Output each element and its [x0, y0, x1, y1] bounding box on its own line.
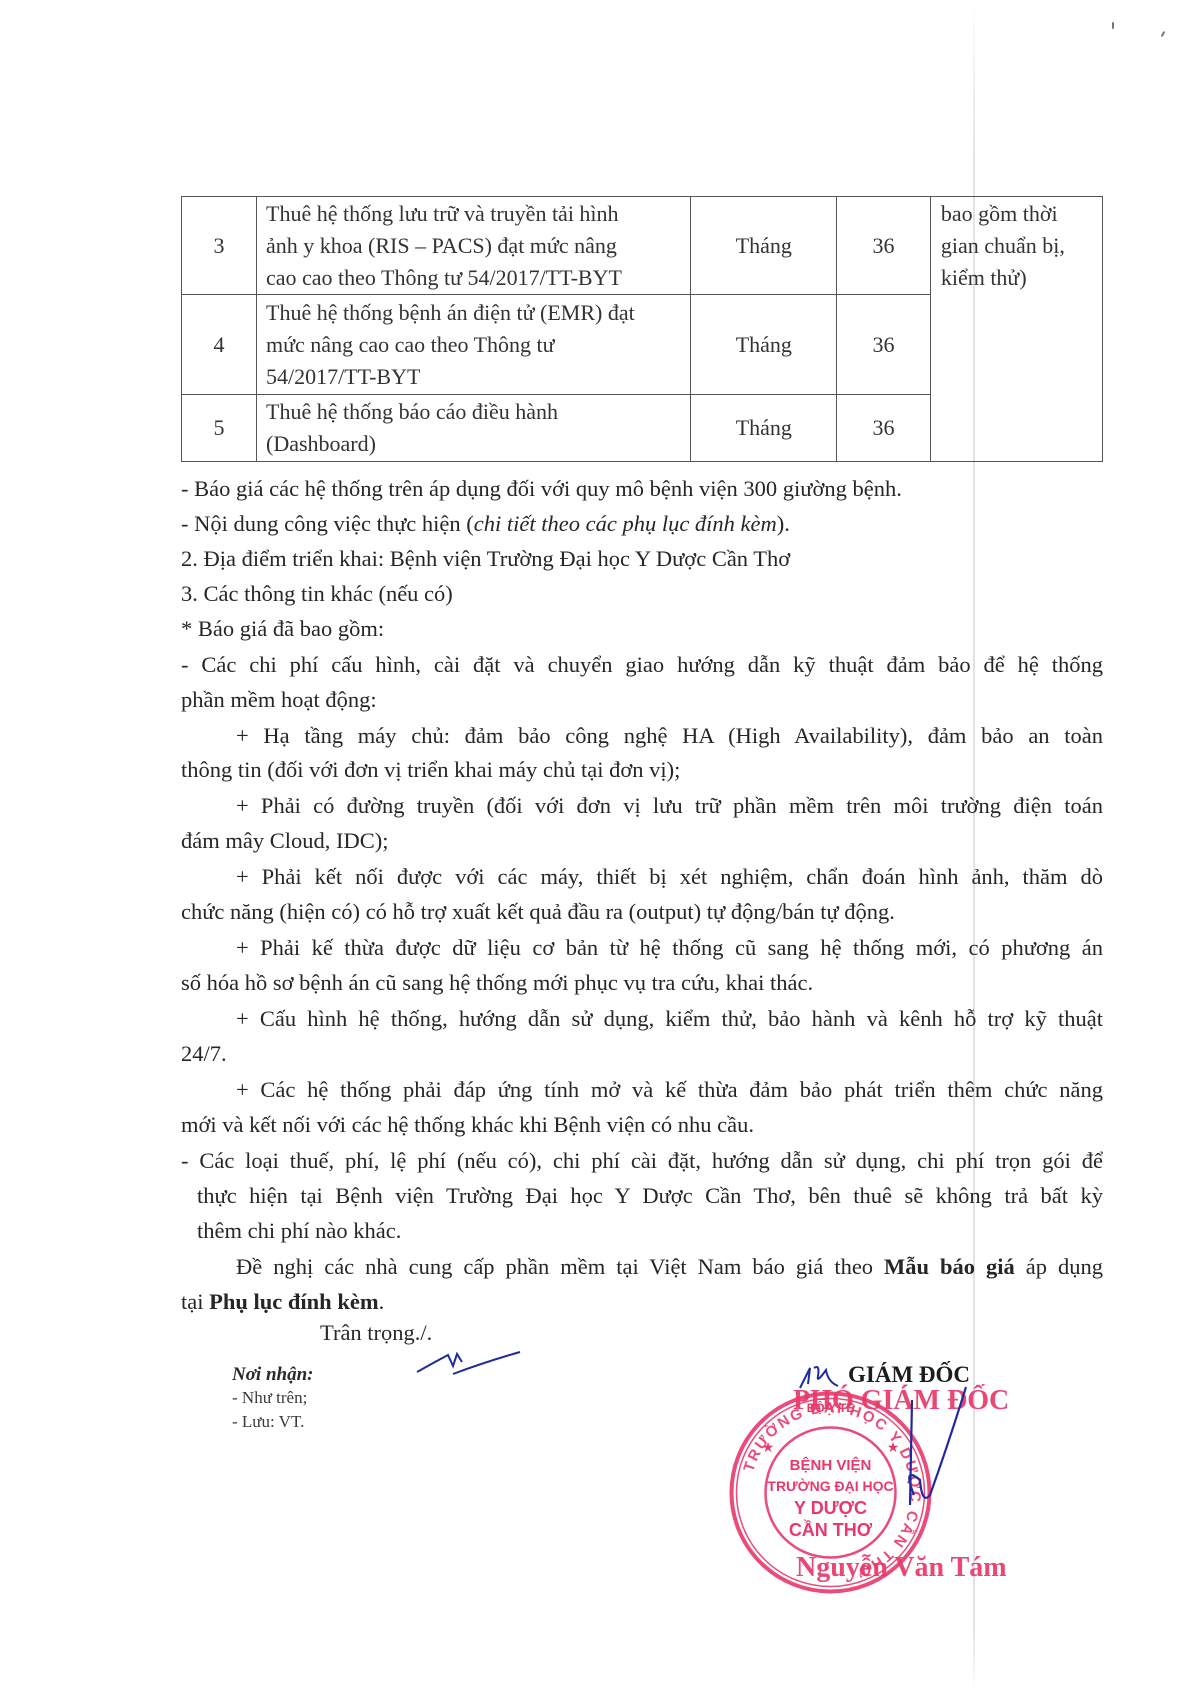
open-item: + Các hệ thống phải đáp ứng tính mở và k…: [236, 1077, 1103, 1103]
recipients-block: Nơi nhận: - Như trên; - Lưu: VT.: [232, 1364, 313, 1434]
config-item-cont: 24/7.: [181, 1041, 227, 1067]
quote-table: 3 Thuê hệ thống lưu trữ và truyền tải hì…: [181, 196, 1103, 462]
director-signature: [900, 1385, 970, 1515]
recipient-item: - Như trên;: [232, 1386, 313, 1410]
inherit-item-cont: số hóa hồ sơ bệnh án cũ sang hệ thống mớ…: [181, 970, 813, 996]
svg-text:Y DƯỢC: Y DƯỢC: [794, 1498, 867, 1518]
connect-item: + Phải kết nối được với các máy, thiết b…: [236, 864, 1103, 890]
fees-paragraph-cont: thực hiện tại Bệnh viện Trường Đại học Y…: [197, 1183, 1103, 1209]
row-unit: Tháng: [691, 395, 837, 462]
content-note: - Nội dung công việc thực hiện (chi tiết…: [181, 511, 790, 537]
row-number: 5: [182, 395, 257, 462]
stamp-star-icon: ★: [762, 1441, 775, 1456]
costs-paragraph-cont: phần mềm hoạt động:: [181, 687, 377, 713]
row-quantity: 36: [837, 295, 931, 395]
row-description: Thuê hệ thống lưu trữ và truyền tải hình…: [257, 197, 691, 295]
row-description: Thuê hệ thống báo cáo điều hành (Dashboa…: [257, 395, 691, 462]
row-description: Thuê hệ thống bệnh án điện tử (EMR) đạt …: [257, 295, 691, 395]
initial-signature: [415, 1340, 525, 1380]
table-row: 3 Thuê hệ thống lưu trữ và truyền tải hì…: [182, 197, 1103, 295]
infra-item: + Hạ tầng máy chủ: đảm bảo công nghệ HA …: [236, 723, 1103, 749]
stamp-star-icon: ★: [887, 1441, 900, 1456]
open-item-cont: mới và kết nối với các hệ thống khác khi…: [181, 1112, 754, 1138]
scale-note: - Báo giá các hệ thống trên áp dụng đối …: [181, 476, 902, 502]
fees-paragraph-end: thêm chi phí nào khác.: [197, 1218, 401, 1244]
line-item-cont: đám mây Cloud, IDC);: [181, 828, 388, 854]
included-heading: * Báo giá đã bao gồm:: [181, 616, 384, 642]
recipient-item: - Lưu: VT.: [232, 1410, 313, 1434]
svg-text:TRƯỜNG ĐẠI HỌC: TRƯỜNG ĐẠI HỌC: [767, 1477, 893, 1494]
line-item: + Phải có đường truyền (đối với đơn vị l…: [236, 793, 1103, 819]
row-note: bao gồm thời gian chuẩn bị, kiểm thử): [930, 197, 1102, 462]
infra-item-cont: thông tin (đối với đơn vị triển khai máy…: [181, 757, 680, 783]
row-unit: Tháng: [691, 197, 837, 295]
scan-speck: [1112, 22, 1114, 29]
request-paragraph: Đề nghị các nhà cung cấp phần mềm tại Vi…: [236, 1254, 1103, 1280]
signer-name: Nguyễn Văn Tám: [796, 1552, 1007, 1584]
location-line: 2. Địa điểm triển khai: Bệnh viện Trường…: [181, 546, 790, 572]
config-item: + Cấu hình hệ thống, hướng dẫn sử dụng, …: [236, 1006, 1103, 1032]
svg-text:CẦN THƠ: CẦN THƠ: [789, 1519, 873, 1540]
scan-speck: [1161, 31, 1166, 37]
row-number: 4: [182, 295, 257, 395]
recipients-title: Nơi nhận:: [232, 1364, 313, 1386]
request-paragraph-cont: tại Phụ lục đính kèm.: [181, 1289, 384, 1315]
row-number: 3: [182, 197, 257, 295]
costs-paragraph: - Các chi phí cấu hình, cài đặt và chuyể…: [181, 652, 1103, 678]
other-info-heading: 3. Các thông tin khác (nếu có): [181, 581, 453, 607]
fees-paragraph: - Các loại thuế, phí, lệ phí (nếu có), c…: [181, 1148, 1103, 1174]
inherit-item: + Phải kế thừa được dữ liệu cơ bản từ hệ…: [236, 935, 1103, 961]
connect-item-cont: chức năng (hiện có) có hỗ trợ xuất kết q…: [181, 899, 895, 925]
row-unit: Tháng: [691, 295, 837, 395]
svg-text:BỆNH VIỆN: BỆNH VIỆN: [790, 1456, 872, 1474]
row-quantity: 36: [837, 395, 931, 462]
row-quantity: 36: [837, 197, 931, 295]
